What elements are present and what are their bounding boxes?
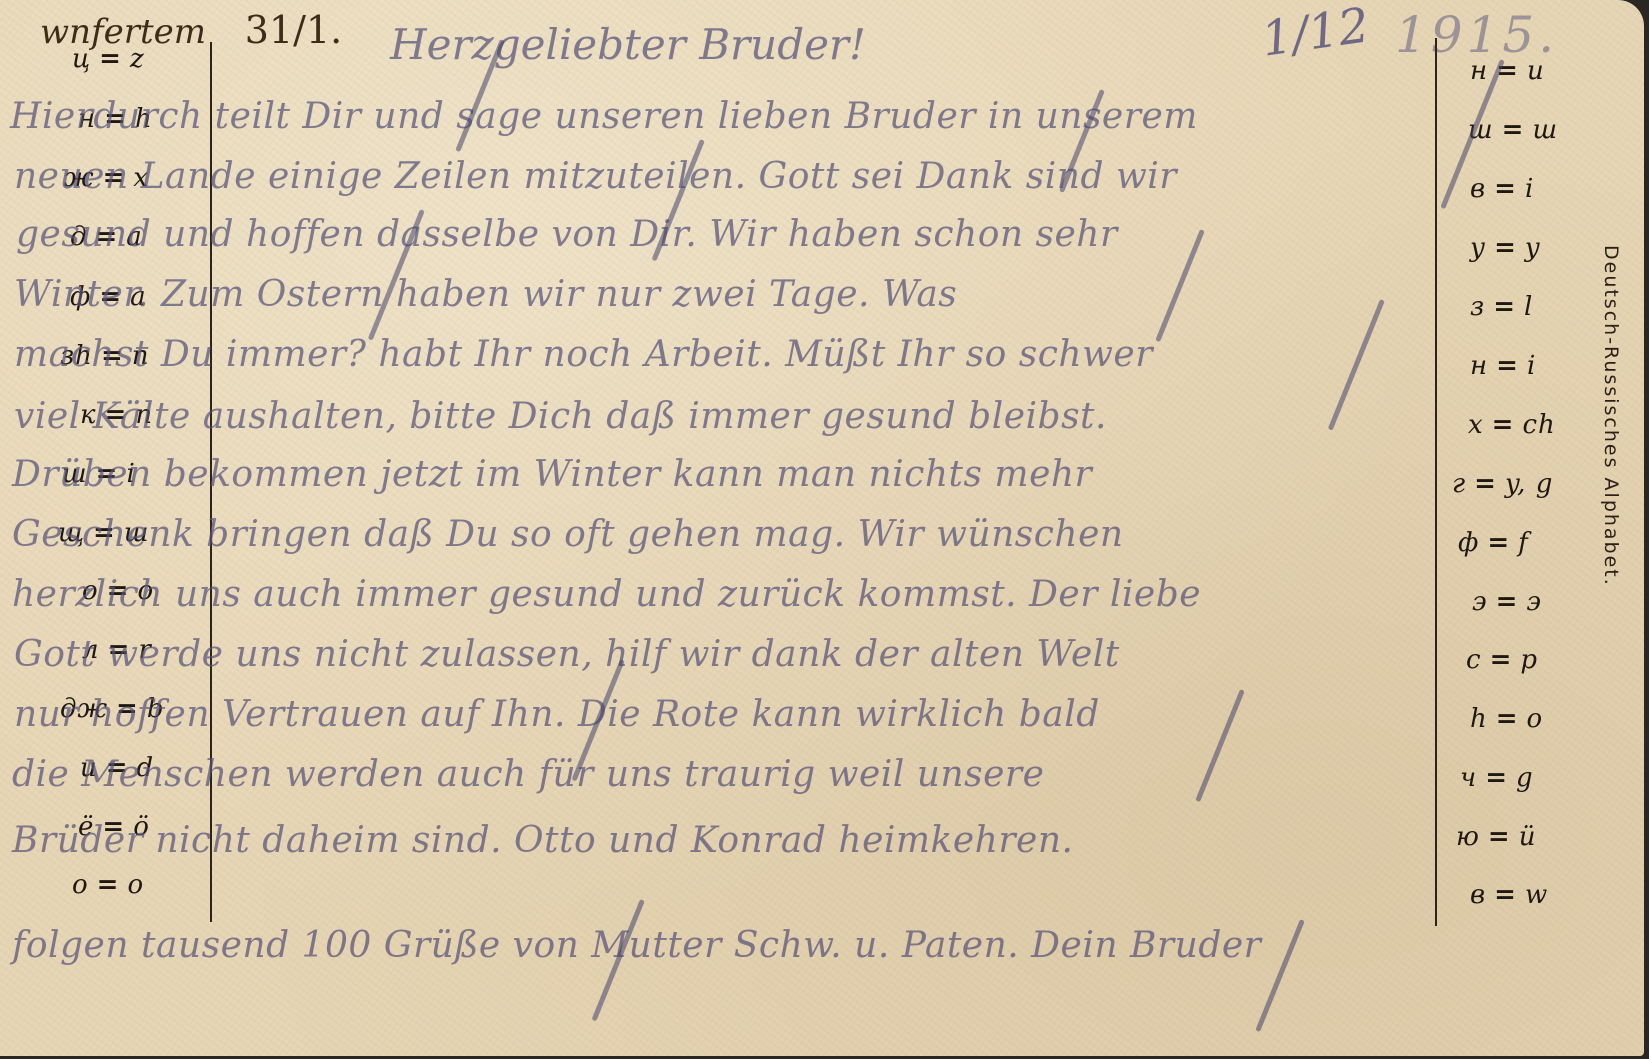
right-column-rule [1435, 38, 1437, 926]
pencil-stroke [1195, 689, 1245, 802]
letter-line: neuen Lande einige Zeilen mitzuteilen. G… [14, 156, 1177, 197]
alphabet-row: о=o [72, 870, 144, 900]
letter-line: Drüben bekommen jetzt im Winter kann man… [12, 454, 1092, 495]
alphabet-row: ш=ш [1468, 115, 1558, 145]
alphabet-row: ч=g [1460, 763, 1534, 793]
letter-line: machst Du immer? habt Ihr noch Arbeit. M… [14, 334, 1153, 375]
pencil-stroke [1255, 919, 1305, 1032]
alphabet-title: Deutsch-Russisches Alphabet. [1600, 245, 1622, 587]
alphabet-row: з=l [1470, 292, 1533, 322]
letter-line: die Menschen werden auch für uns traurig… [12, 754, 1044, 795]
pencil-stroke [1155, 229, 1205, 342]
letter-date: 1/12 [1258, 0, 1373, 68]
letter-line: folgen tausend 100 Grüße von Mutter Schw… [12, 925, 1261, 966]
alphabet-row: в=i [1470, 174, 1534, 204]
alphabet-row: х=ch [1468, 410, 1556, 440]
alphabet-row: н=u [1470, 56, 1545, 86]
alphabet-row: ф=f [1458, 528, 1529, 558]
postcard: wnfertem 31/1. 1/12 1915. ц=z н=h ж=x д=… [0, 0, 1644, 1056]
letter-line: nur hoffen Vertrauen auf Ihn. Die Rote k… [14, 694, 1100, 735]
alphabet-row: h=o [1470, 704, 1543, 734]
alphabet-row: в=w [1470, 880, 1548, 910]
letter-line: viel Kälte aushalten, bitte Dich daß imm… [14, 396, 1107, 437]
letter-line: Geschenk bringen daß Du so oft gehen mag… [12, 514, 1124, 555]
letter-line: Winter. Zum Ostern haben wir nur zwei Ta… [14, 274, 957, 315]
header-note-date: 31/1. [245, 8, 342, 52]
pencil-stroke [1328, 299, 1385, 431]
letter-line: Gott werde uns nicht zulassen, hilf wir … [14, 634, 1120, 675]
letter-line: herzlich uns auch immer gesund und zurüc… [12, 574, 1201, 615]
alphabet-row: ю=ü [1456, 822, 1536, 852]
alphabet-row: н=i [1470, 351, 1536, 381]
letter-line: Brüder nicht daheim sind. Otto und Konra… [12, 820, 1073, 861]
alphabet-row: э=э [1472, 587, 1542, 617]
letter-line: gesund und hoffen dasselbe von Dir. Wir … [16, 214, 1118, 255]
alphabet-row: ц=z [72, 44, 145, 74]
letter-salutation: Herzgeliebter Bruder! [390, 20, 866, 69]
alphabet-row: г=y, g [1452, 469, 1553, 499]
alphabet-row: с=p [1466, 645, 1538, 675]
alphabet-row: у=y [1470, 233, 1541, 263]
letter-line: Hierdurch teilt Dir und sage unseren lie… [10, 96, 1198, 137]
